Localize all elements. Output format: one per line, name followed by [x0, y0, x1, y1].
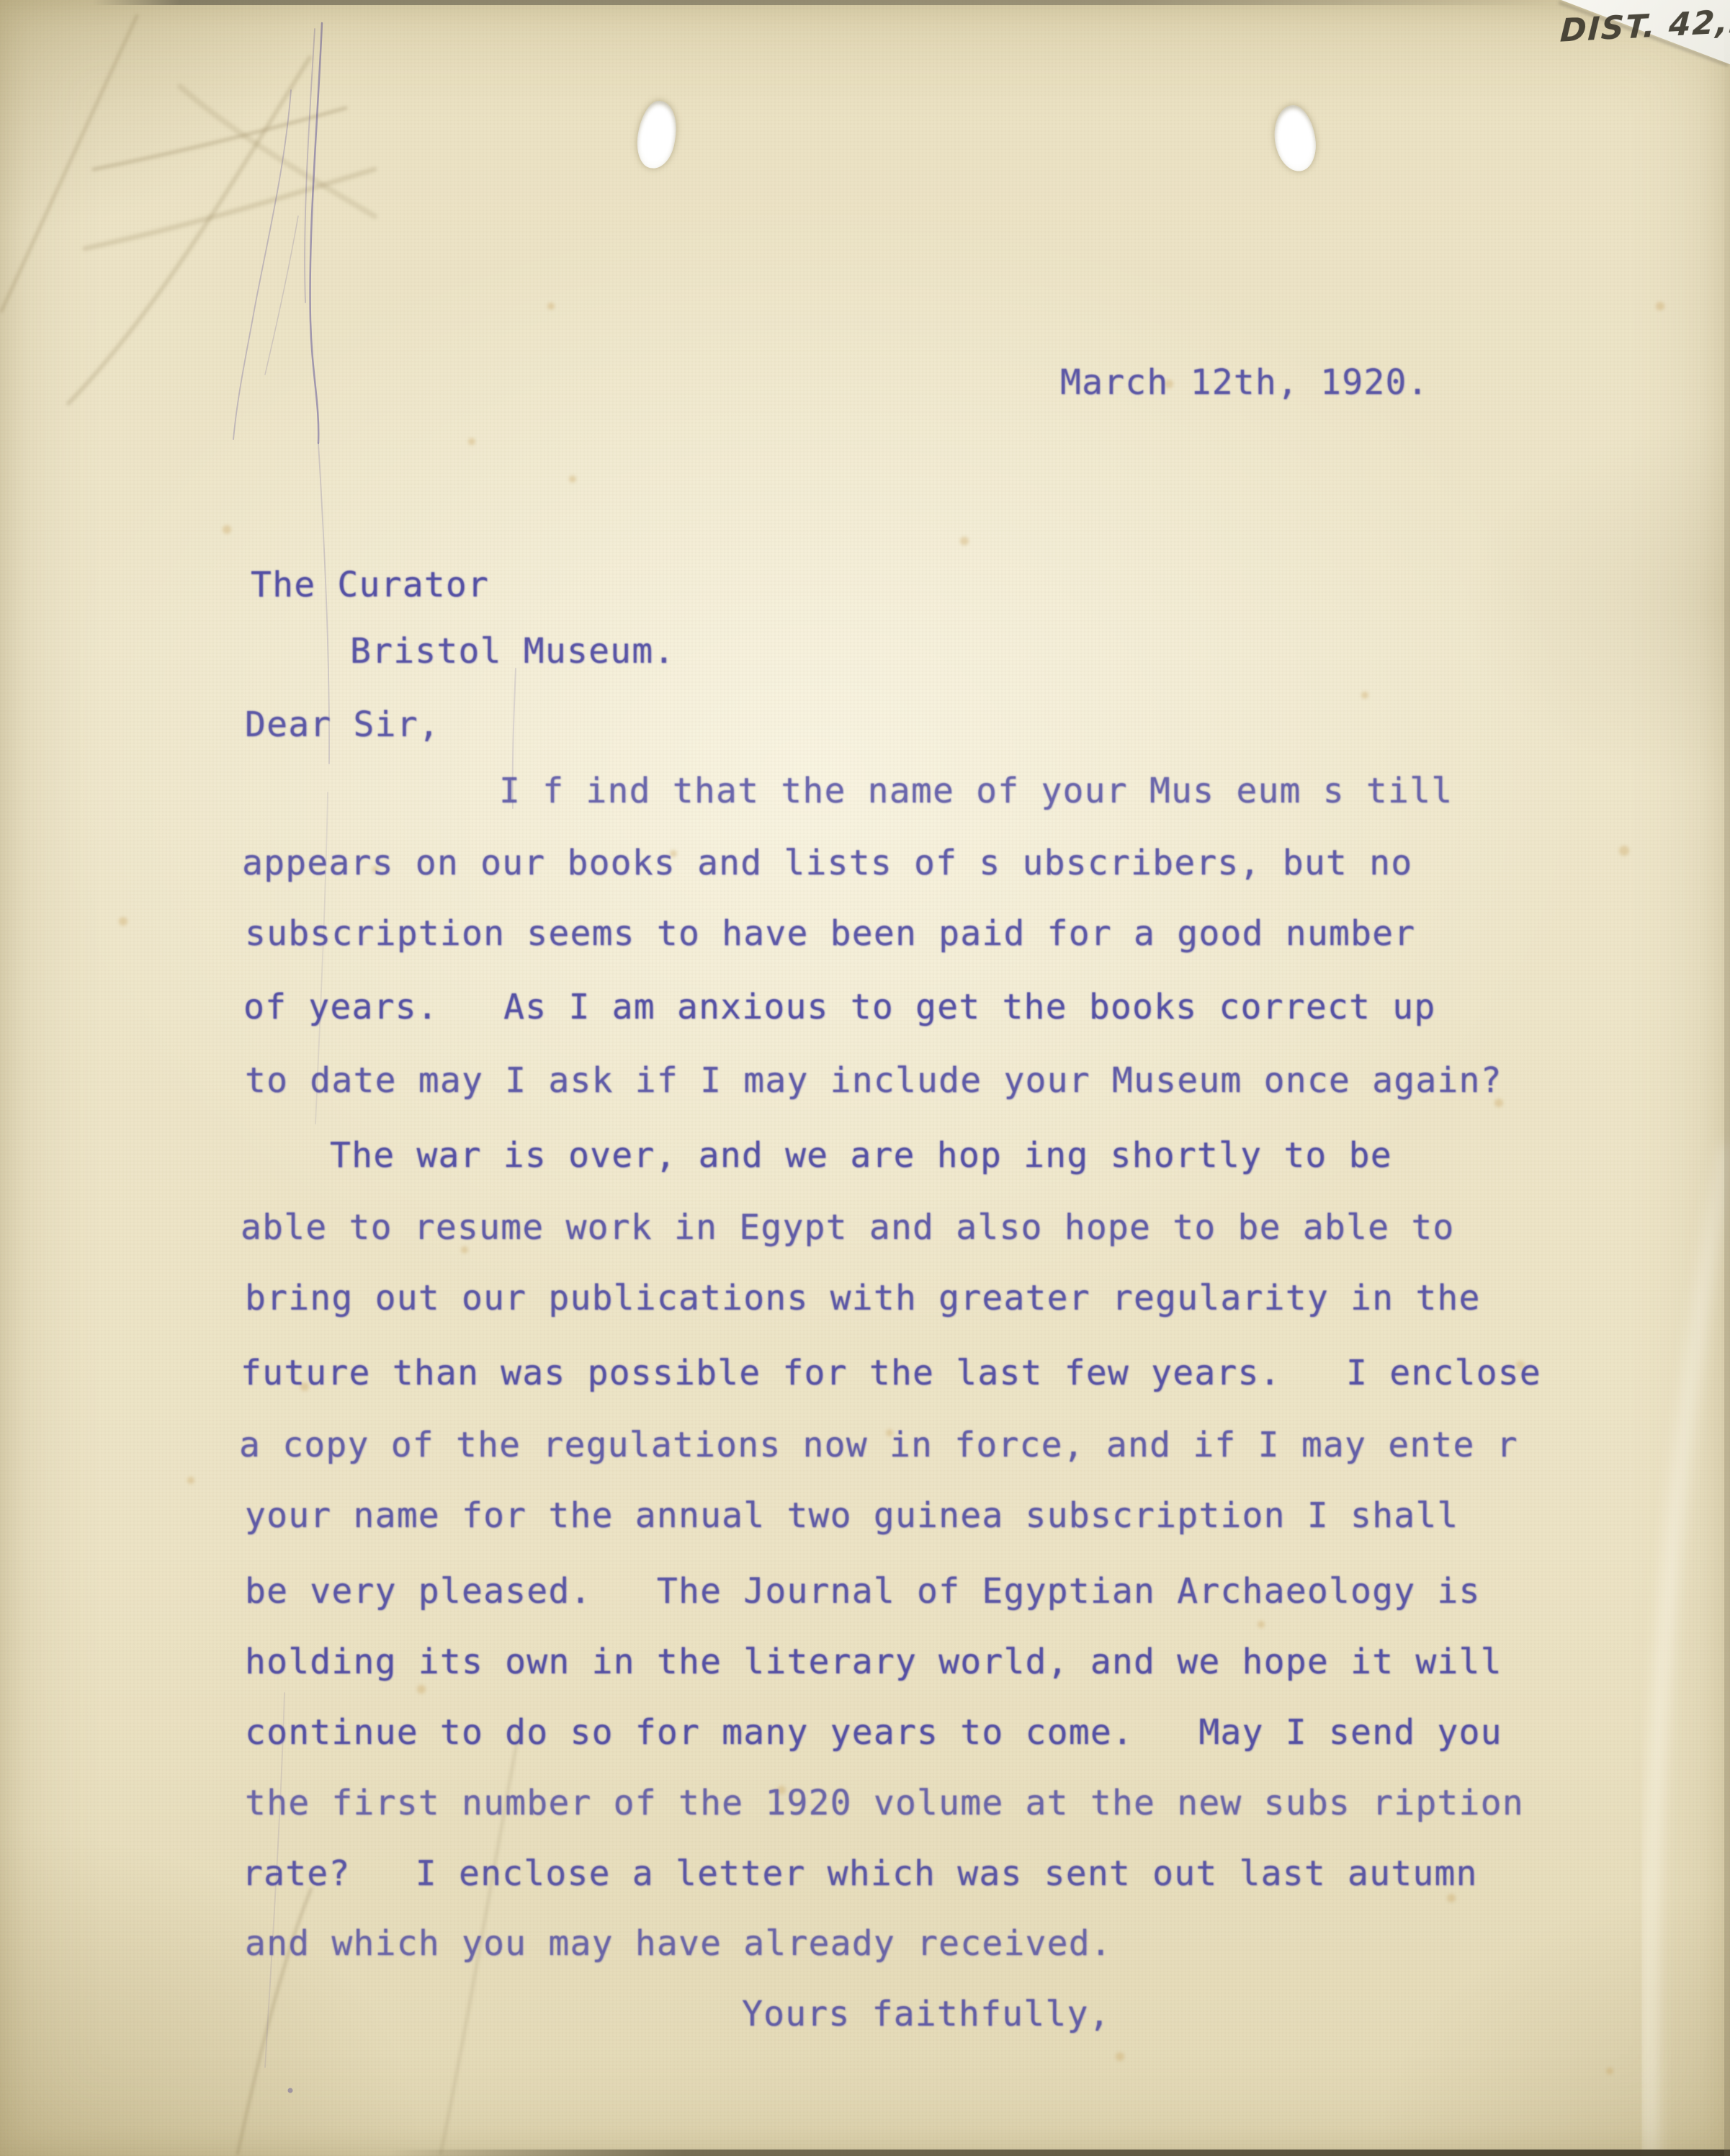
body-line: the first number of the 1920 volume at t… — [245, 1784, 1524, 1822]
paper-right-edge — [1724, 0, 1730, 2156]
body-line: I f ind that the name of your Mus eum s … — [499, 772, 1453, 810]
paper-bottom-edge — [389, 2150, 1730, 2156]
body-line: rate? I enclose a letter which was sent … — [242, 1855, 1478, 1893]
body-line: continue to do so for many years to come… — [245, 1714, 1502, 1752]
recipient-institution: Bristol Museum. — [350, 632, 675, 671]
body-line: future than was possible for the last fe… — [241, 1354, 1541, 1392]
closing-valediction: Yours faithfully, — [742, 1995, 1111, 2034]
body-line: appears on our books and lists of s ubsc… — [242, 844, 1412, 882]
salutation: Dear Sir, — [245, 706, 440, 744]
body-line: holding its own in the literary world, a… — [245, 1643, 1502, 1681]
letter-date: March 12th, 1920. — [1060, 364, 1429, 402]
body-line: The war is over, and we are hop ing shor… — [330, 1137, 1392, 1175]
body-line: a copy of the regulations now in force, … — [239, 1426, 1518, 1464]
body-line: subscription seems to have been paid for… — [245, 915, 1415, 953]
body-line: your name for the annual two guinea subs… — [245, 1497, 1459, 1535]
body-line: of years. As I am anxious to get the boo… — [243, 988, 1435, 1026]
body-line: able to resume work in Egypt and also ho… — [241, 1209, 1455, 1247]
body-line: and which you may have already received. — [245, 1925, 1112, 1963]
body-line: bring out our publications with greater … — [245, 1279, 1481, 1318]
body-line: to date may I ask if I may include your … — [245, 1062, 1502, 1100]
body-line: be very pleased. The Journal of Egyptian… — [245, 1573, 1481, 1611]
paper-top-edge — [92, 0, 1554, 5]
scanned-letter-page: DIST. 42,23 March 12th, 1920. The Curato… — [0, 0, 1730, 2156]
recipient-title: The Curator — [251, 566, 489, 604]
